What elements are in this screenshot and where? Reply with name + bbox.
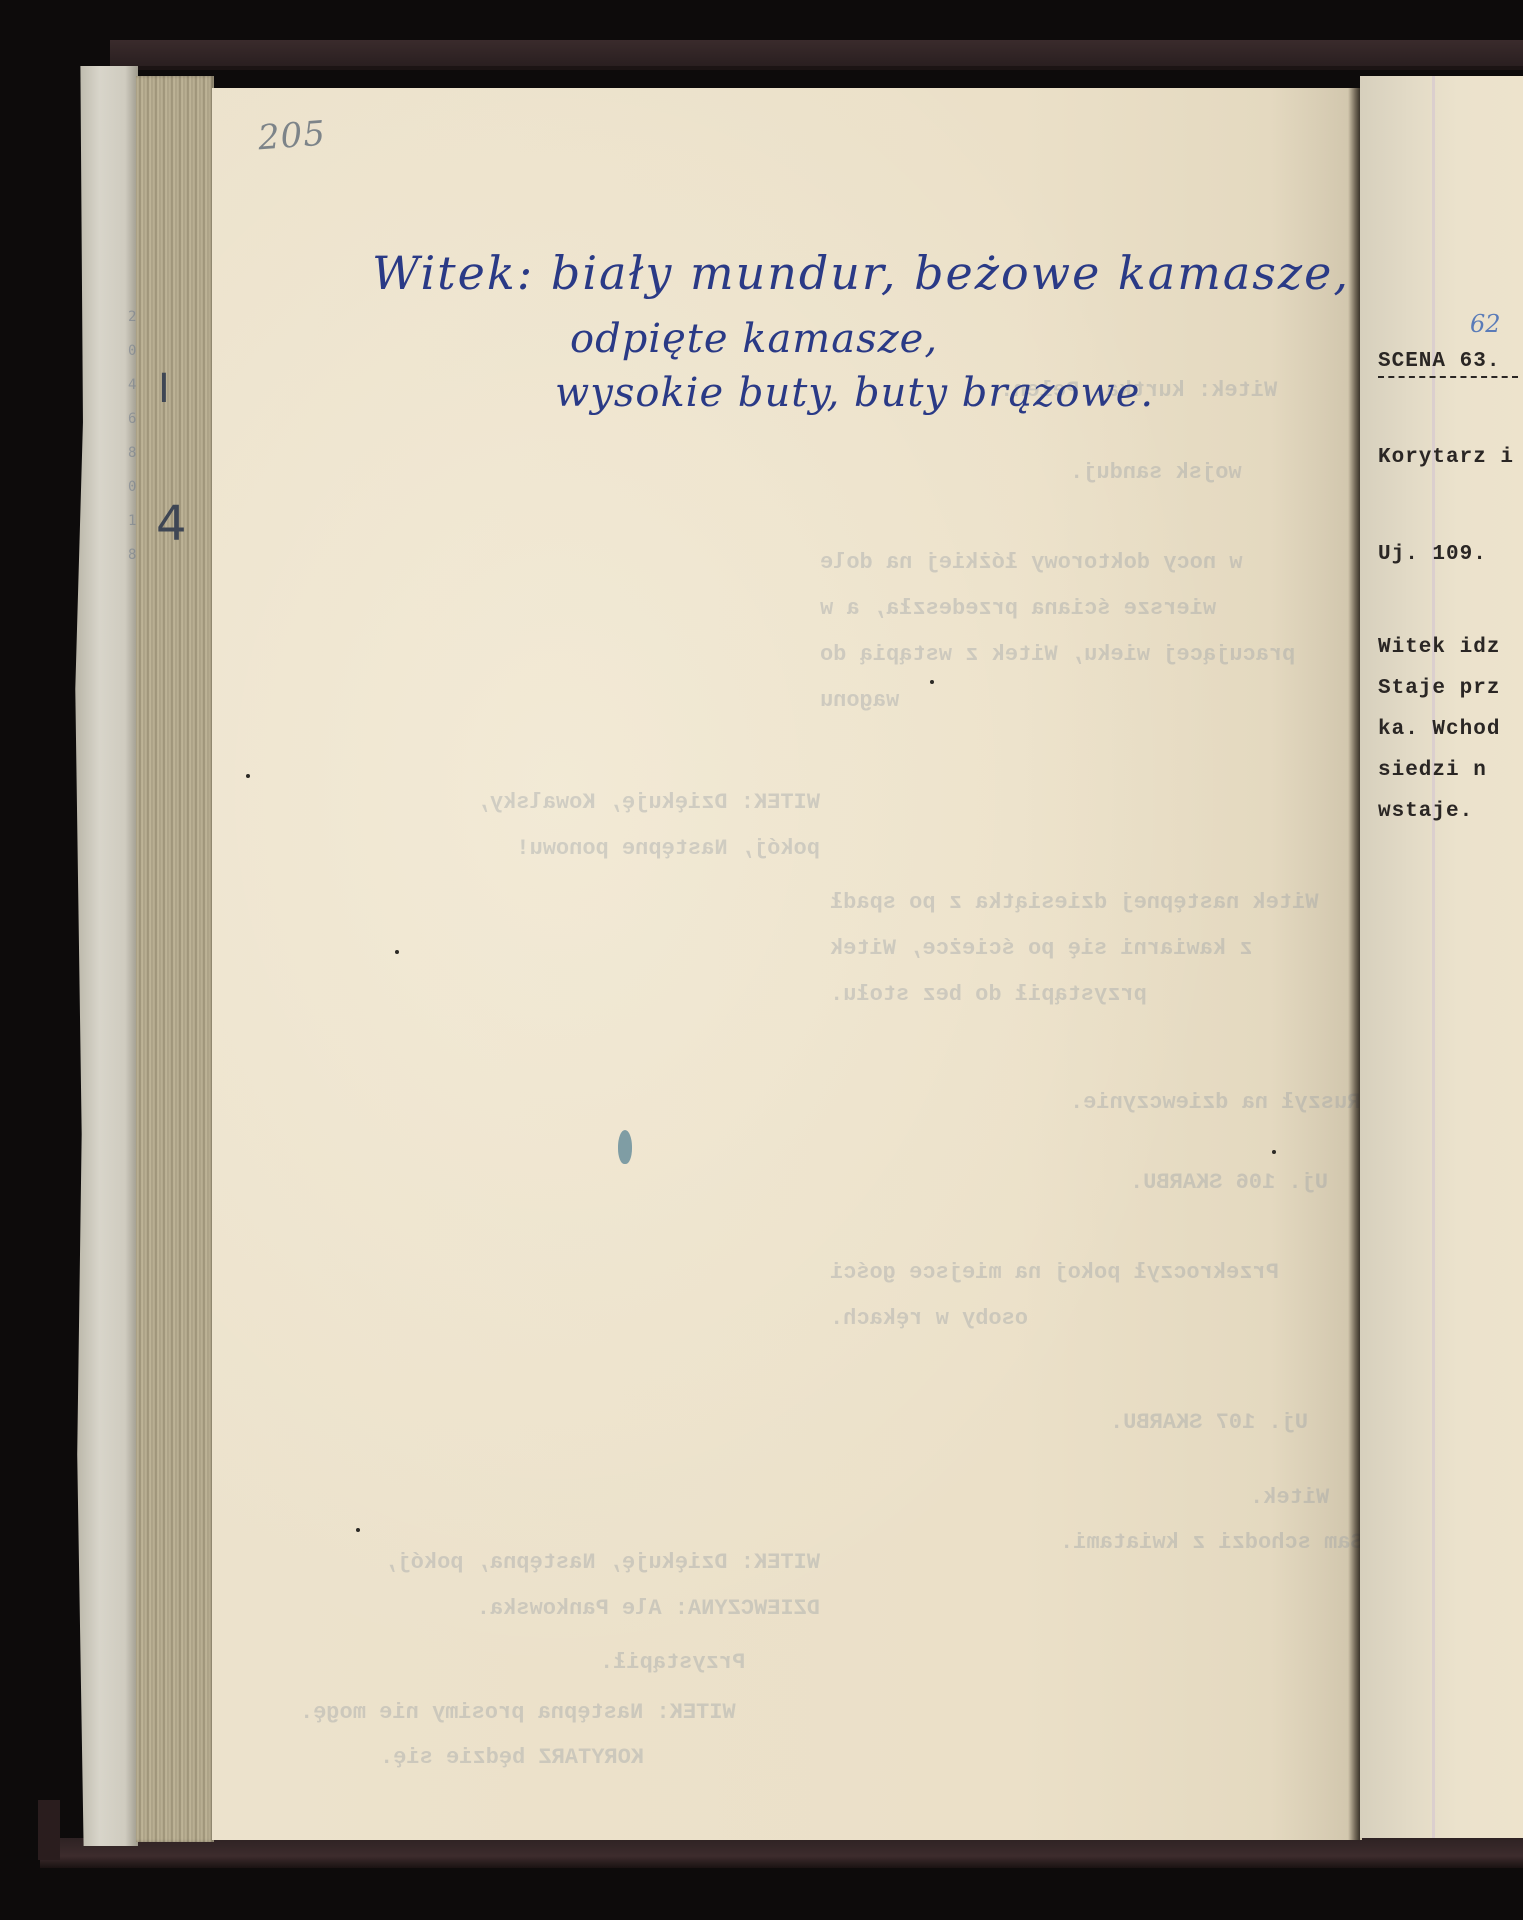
bleed-through-5: Witek następnej dziesiątka z po spadł z … [830,880,1340,1018]
bleed-through-3: w nocy doktorowy łóżkiej na dole wiersze… [820,540,1340,724]
scene-heading-underline [1378,376,1518,378]
typed-line-5: ka. Wchod [1378,718,1500,741]
typed-line-7: wstaje. [1378,800,1473,823]
scene-number-correction: 62 [1470,310,1501,338]
bleed-through-2: wojsk sanduj. [1070,450,1242,496]
margin-mark-2: 4 [156,496,187,552]
typed-line-4: Staje prz [1378,677,1500,700]
bleed-through-9: Uj. 107 SKARBU. [1110,1400,1308,1446]
scene-heading-text: SCENA 63. [1378,350,1500,373]
speck [1272,1150,1276,1154]
typed-line-2: Uj. 109. [1378,543,1487,566]
speck [246,774,250,778]
book-gutter [1348,88,1360,1840]
scene-heading: SCENA 63. [1378,350,1500,373]
bleed-through-10: Witek. [1250,1475,1329,1521]
typed-line-6: siedzi n [1378,759,1487,782]
bleed-through-14: WITEK: Następna prosimy nie mogę. [300,1690,736,1736]
page-edge-stack: I 4 [136,76,214,1842]
speck [356,1528,360,1532]
bleed-through-13: Przystąpił. [600,1640,745,1686]
bleed-through-15: KORYTARZ będzie się. [380,1735,644,1781]
bleed-through-8: Przekroczył pokoj na miejsce gości osoby… [830,1250,1340,1342]
right-page [1360,76,1523,1838]
pencil-page-number: 205 [257,114,328,159]
ink-spot [618,1130,632,1164]
book-cover-top [110,40,1523,70]
typed-line-3: Witek idz [1378,636,1500,659]
typed-line-1: Korytarz i [1378,446,1514,469]
bleed-through-4: WITEK: Dziękuję, Kowalsky, pokój, Następ… [390,780,820,872]
bleed-through-12: WITEK: Dziękuję, Następna, pokój, DZIEWC… [300,1540,820,1632]
speck [395,950,399,954]
handwritten-note-line-2: odpięte kamasze, [570,316,938,362]
book-cover-bottom [40,1838,1523,1868]
handwritten-note-line-1: Witek: biały mundur, beżowe kamasze, [372,246,1350,300]
fold-line [1432,76,1435,1838]
handwritten-note-line-3: wysokie buty, buty brązowe. [555,370,1154,416]
bleed-through-6: Ruszył na dziewczynie. [1070,1080,1360,1126]
book-cover-corner [38,1800,60,1860]
bleed-through-11: Sam schodzi z kwiatami. [1060,1520,1364,1566]
bleed-through-7: Uj. 106 SKARBU. [1130,1160,1328,1206]
margin-mark-1: I [158,366,170,412]
speck [930,680,934,684]
